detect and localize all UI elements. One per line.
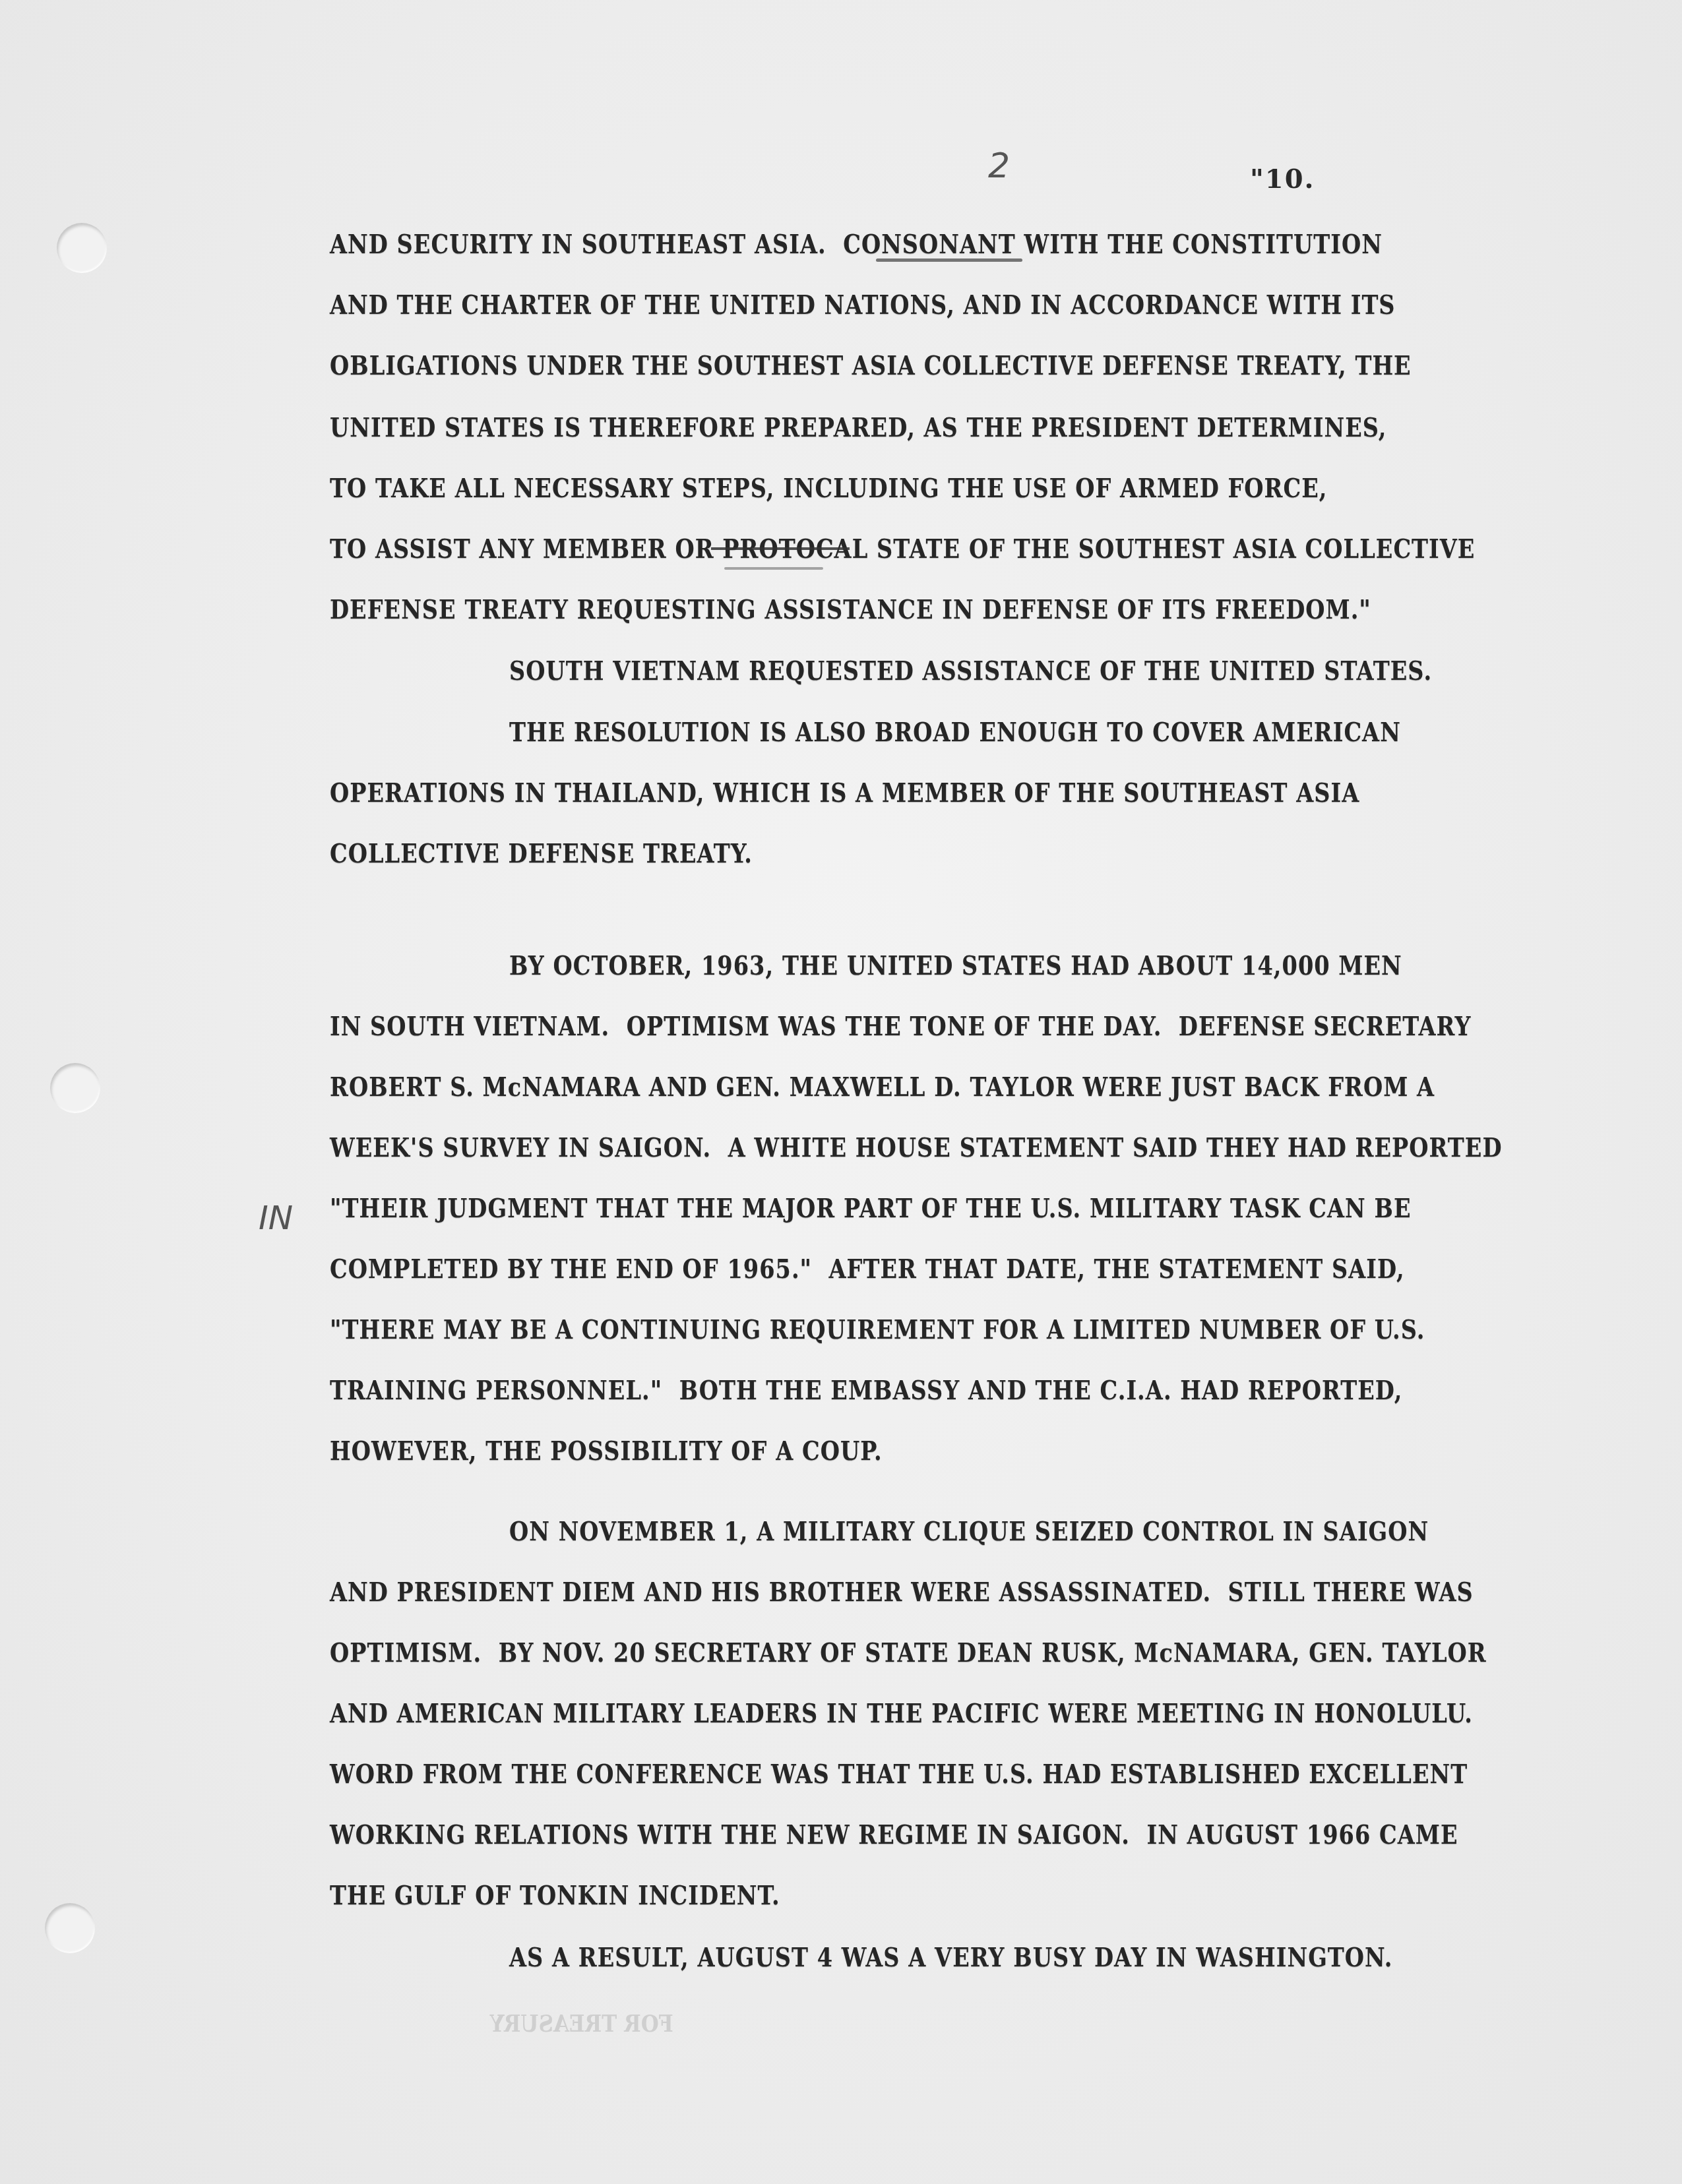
text-line: AND SECURITY IN SOUTHEAST ASIA. CONSONAN…: [330, 229, 1383, 260]
handwritten-mark-top: 2: [988, 146, 1010, 186]
text-line: AND THE CHARTER OF THE UNITED NATIONS, A…: [330, 290, 1396, 320]
text-line: THE RESOLUTION IS ALSO BROAD ENOUGH TO C…: [509, 717, 1401, 748]
show-through-text: FOR TREASURY: [490, 2010, 673, 2038]
handwritten-squiggle: [724, 567, 823, 570]
text-line: DEFENSE TREATY REQUESTING ASSISTANCE IN …: [330, 595, 1371, 625]
text-line: COLLECTIVE DEFENSE TREATY.: [330, 839, 753, 869]
text-line: HOWEVER, THE POSSIBILITY OF A COUP.: [330, 1436, 883, 1467]
text-line: UNITED STATES IS THEREFORE PREPARED, AS …: [330, 413, 1387, 443]
text-line: AND PRESIDENT DIEM AND HIS BROTHER WERE …: [330, 1577, 1474, 1608]
text-line: AS A RESULT, AUGUST 4 WAS A VERY BUSY DA…: [509, 1943, 1392, 1973]
strikethrough-mark: [711, 547, 850, 550]
handwritten-underline: [876, 258, 1022, 262]
text-line: AND AMERICAN MILITARY LEADERS IN THE PAC…: [330, 1699, 1473, 1729]
text-line: SOUTH VIETNAM REQUESTED ASSISTANCE OF TH…: [509, 656, 1432, 686]
punch-hole-top: [57, 223, 107, 273]
text-line: WEEK'S SURVEY IN SAIGON. A WHITE HOUSE S…: [330, 1133, 1503, 1163]
text-line: TRAINING PERSONNEL." BOTH THE EMBASSY AN…: [330, 1376, 1402, 1406]
text-line: TO TAKE ALL NECESSARY STEPS, INCLUDING T…: [330, 473, 1328, 504]
text-line: WORKING RELATIONS WITH THE NEW REGIME IN…: [330, 1820, 1458, 1850]
text-line: "THERE MAY BE A CONTINUING REQUIREMENT F…: [330, 1315, 1425, 1345]
text-line: IN SOUTH VIETNAM. OPTIMISM WAS THE TONE …: [330, 1012, 1471, 1042]
text-line: OPERATIONS IN THAILAND, WHICH IS A MEMBE…: [330, 778, 1359, 808]
punch-hole-bottom: [45, 1903, 95, 1953]
text-line: THE GULF OF TONKIN INCIDENT.: [330, 1881, 780, 1911]
document-page: 2 "10. IN AND SECURITY IN SOUTHEAST ASIA…: [0, 0, 1682, 2184]
text-line: OBLIGATIONS UNDER THE SOUTHEST ASIA COLL…: [330, 351, 1412, 381]
text-line: WORD FROM THE CONFERENCE WAS THAT THE U.…: [330, 1759, 1468, 1790]
text-line: ROBERT S. McNAMARA AND GEN. MAXWELL D. T…: [330, 1072, 1435, 1103]
text-line: "THEIR JUDGMENT THAT THE MAJOR PART OF T…: [330, 1194, 1411, 1224]
page-number: "10.: [1250, 164, 1315, 195]
text-line: TO ASSIST ANY MEMBER OR PROTOCAL STATE O…: [330, 534, 1475, 564]
text-line: BY OCTOBER, 1963, THE UNITED STATES HAD …: [509, 951, 1402, 981]
handwritten-margin-note: IN: [259, 1199, 293, 1237]
text-line: COMPLETED BY THE END OF 1965." AFTER THA…: [330, 1254, 1405, 1285]
text-line: OPTIMISM. BY NOV. 20 SECRETARY OF STATE …: [330, 1638, 1487, 1668]
punch-hole-middle: [50, 1063, 100, 1113]
text-line: ON NOVEMBER 1, A MILITARY CLIQUE SEIZED …: [509, 1517, 1429, 1547]
